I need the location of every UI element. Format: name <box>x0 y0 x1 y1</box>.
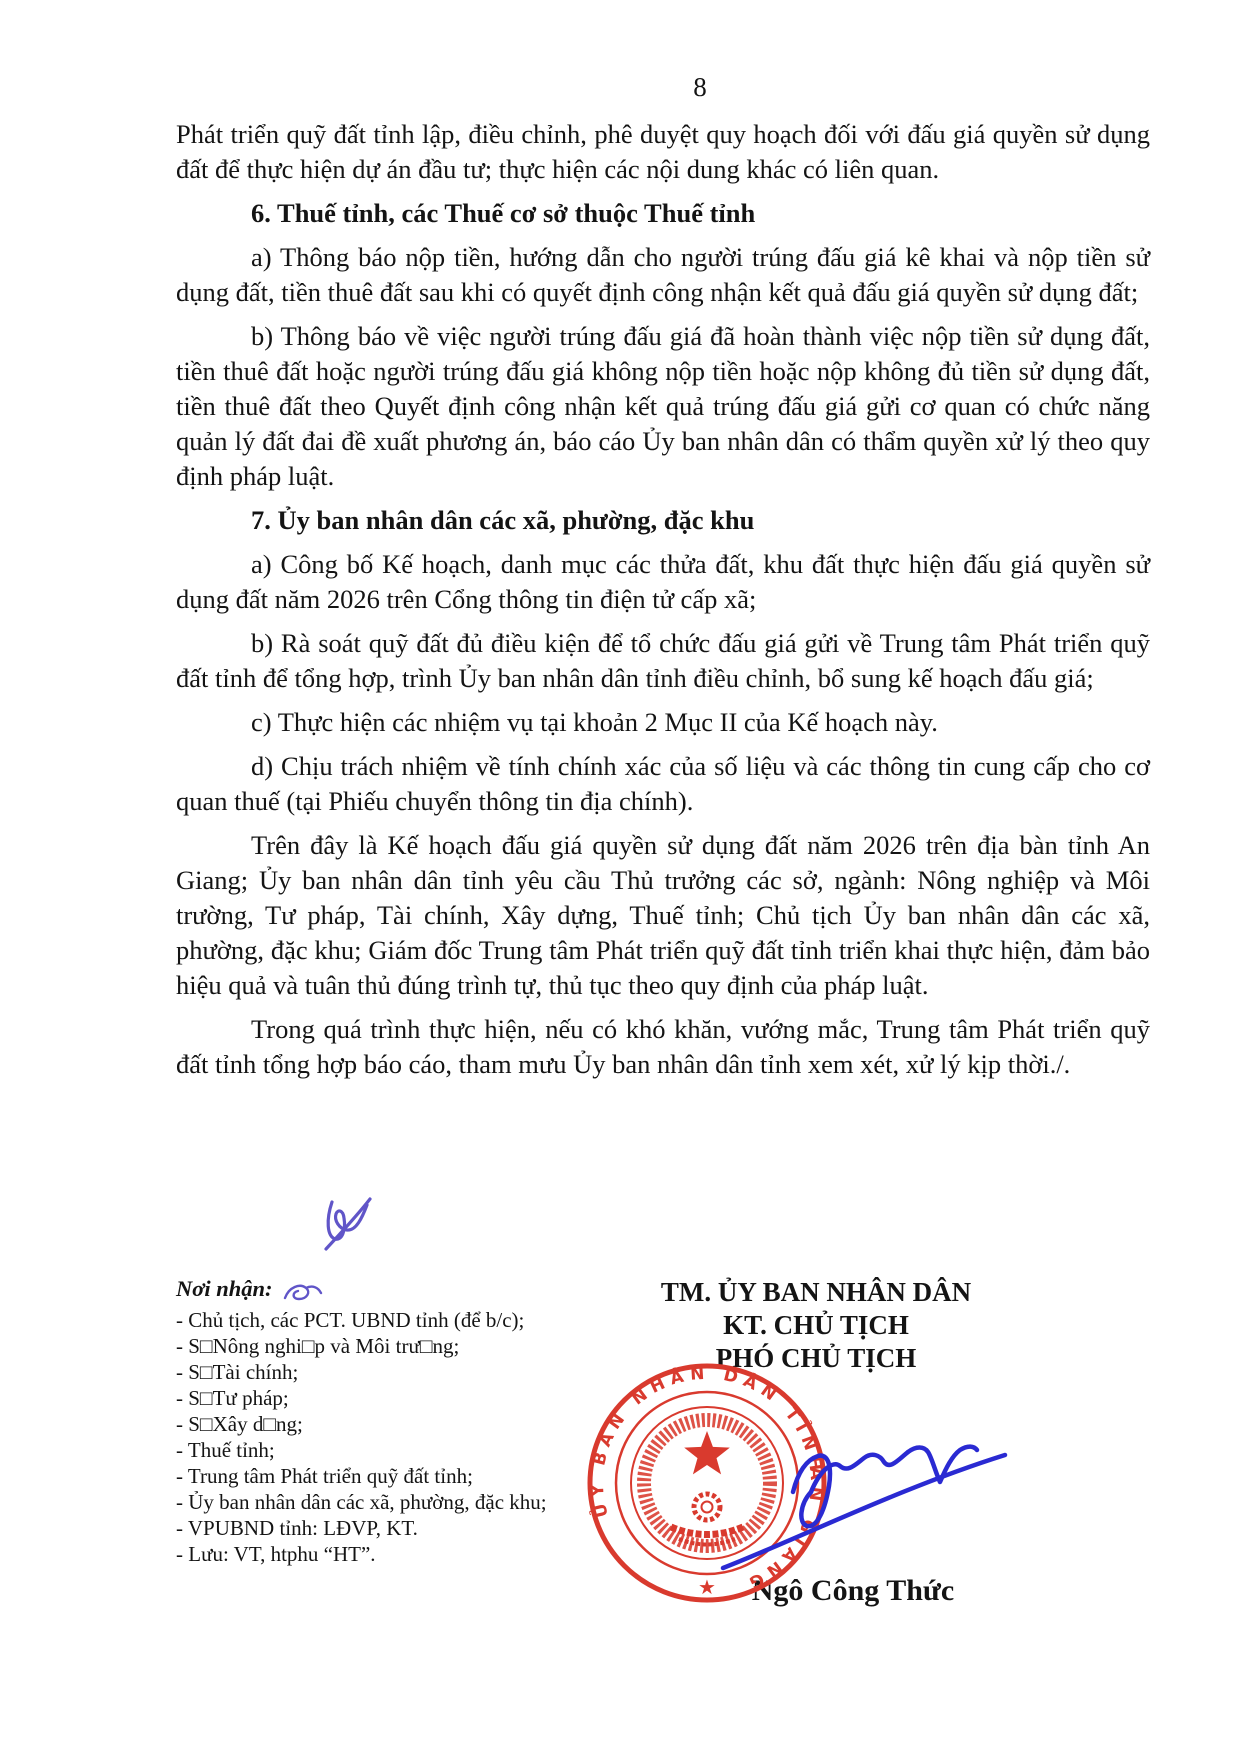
initials-paraph-mark <box>312 1192 392 1258</box>
recipients-paraph-mark <box>280 1279 326 1307</box>
recipient-item: - Lưu: VT, htphu “HT”. <box>176 1541 626 1567</box>
section-7-item-d: d) Chịu trách nhiệm về tính chính xác củ… <box>176 749 1150 819</box>
recipient-item: - S□Tài chính; <box>176 1359 626 1385</box>
section-7-item-c: c) Thực hiện các nhiệm vụ tại khoản 2 Mụ… <box>176 705 1150 740</box>
paragraph-continuation: Phát triển quỹ đất tỉnh lập, điều chỉnh,… <box>176 117 1150 187</box>
handwritten-signature <box>600 1380 1050 1595</box>
document-body: Phát triển quỹ đất tỉnh lập, điều chỉnh,… <box>176 117 1150 1091</box>
authority-org-line: TM. ỦY BAN NHÂN DÂN <box>560 1276 1072 1309</box>
recipient-item: - Chủ tịch, các PCT. UBND tỉnh (để b/c); <box>176 1307 626 1333</box>
recipient-item: - Thuế tỉnh; <box>176 1437 626 1463</box>
section-6-heading: 6. Thuế tỉnh, các Thuế cơ sở thuộc Thuế … <box>176 196 1150 231</box>
section-7-item-b: b) Rà soát quỹ đất đủ điều kiện để tổ ch… <box>176 626 1150 696</box>
recipient-item: - Ủy ban nhân dân các xã, phường, đặc kh… <box>176 1489 626 1515</box>
section-7-heading: 7. Ủy ban nhân dân các xã, phường, đặc k… <box>176 503 1150 538</box>
recipient-item: - VPUBND tỉnh: LĐVP, KT. <box>176 1515 626 1541</box>
section-6-item-a: a) Thông báo nộp tiền, hướng dẫn cho ngư… <box>176 240 1150 310</box>
recipient-item: - S□Xây d□ng; <box>176 1411 626 1437</box>
closing-paragraph: Trên đây là Kế hoạch đấu giá quyền sử dụ… <box>176 828 1150 1003</box>
page-number: 8 <box>176 72 1224 103</box>
recipient-item: - S□Tư pháp; <box>176 1385 626 1411</box>
section-7-item-a: a) Công bố Kế hoạch, danh mục các thửa đ… <box>176 547 1150 617</box>
document-page: 8 Phát triển quỹ đất tỉnh lập, điều chỉn… <box>0 0 1241 1755</box>
section-6-item-b: b) Thông báo về việc người trúng đấu giá… <box>176 319 1150 494</box>
recipient-item: - Trung tâm Phát triển quỹ đất tỉnh; <box>176 1463 626 1489</box>
authority-title-line1: KT. CHỦ TỊCH <box>560 1309 1072 1342</box>
recipient-item: - S□Nông nghi□p và Môi trư□ng; <box>176 1333 626 1359</box>
recipients-label: Nơi nhận: <box>176 1274 626 1304</box>
recipients-block: Nơi nhận: - Chủ tịch, các PCT. UBND tỉnh… <box>176 1274 626 1567</box>
final-paragraph: Trong quá trình thực hiện, nếu có khó kh… <box>176 1012 1150 1082</box>
